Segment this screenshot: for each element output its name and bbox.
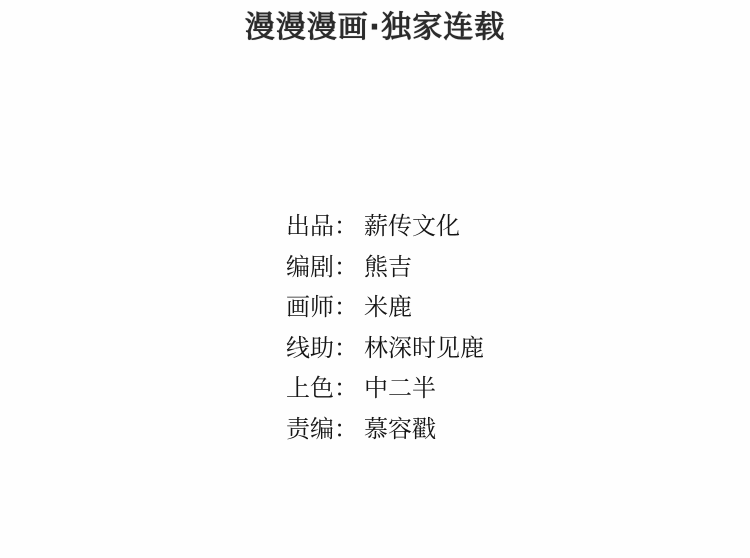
- credit-role: 责编: [286, 409, 334, 449]
- credit-row-writer: 编剧：熊吉: [286, 247, 484, 288]
- credit-separator: ：: [334, 287, 364, 327]
- credit-row-colorist: 上色：中二半: [286, 368, 484, 409]
- credit-name: 熊吉: [364, 247, 412, 287]
- credit-separator: ：: [334, 409, 364, 449]
- credit-role: 线助: [286, 328, 334, 368]
- credit-separator: ：: [334, 247, 364, 287]
- credit-row-producer: 出品：薪传文化: [286, 206, 484, 247]
- credit-role: 出品: [286, 206, 334, 246]
- comic-credits-page: 漫漫漫画·独家连载 出品：薪传文化 编剧：熊吉 画师：米鹿 线助：林深时见鹿 上…: [0, 0, 750, 558]
- credit-role: 上色: [286, 368, 334, 408]
- credit-role: 编剧: [286, 247, 334, 287]
- credit-separator: ：: [334, 368, 364, 408]
- credit-name: 林深时见鹿: [364, 328, 484, 368]
- credit-row-line-assistant: 线助：林深时见鹿: [286, 328, 484, 369]
- credit-name: 薪传文化: [364, 206, 460, 246]
- credits-list: 出品：薪传文化 编剧：熊吉 画师：米鹿 线助：林深时见鹿 上色：中二半 责编：慕…: [286, 206, 484, 449]
- credit-role: 画师: [286, 287, 334, 327]
- credit-name: 慕容戳: [364, 409, 436, 449]
- credit-name: 中二半: [364, 368, 436, 408]
- credit-separator: ：: [334, 328, 364, 368]
- credit-row-editor: 责编：慕容戳: [286, 409, 484, 450]
- credit-row-artist: 画师：米鹿: [286, 287, 484, 328]
- credit-name: 米鹿: [364, 287, 412, 327]
- page-title: 漫漫漫画·独家连载: [0, 8, 750, 48]
- credit-separator: ：: [334, 206, 364, 246]
